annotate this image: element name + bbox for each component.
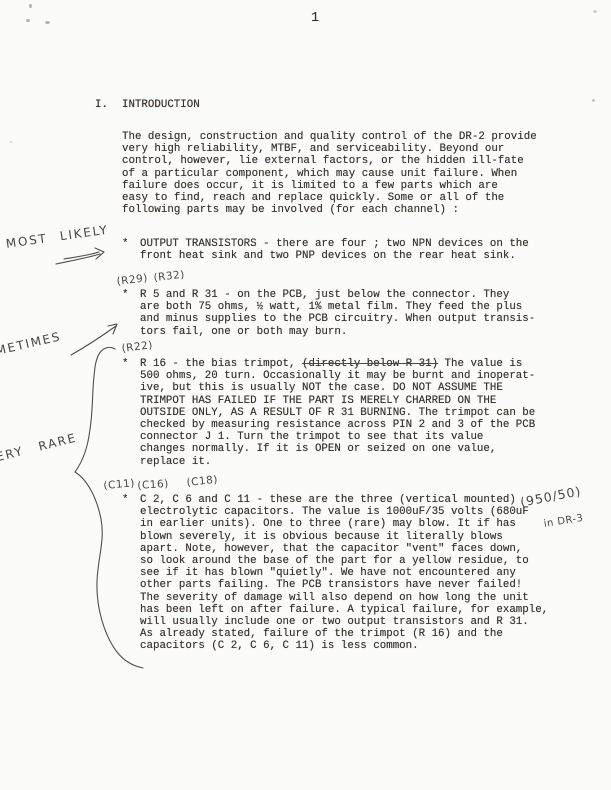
scan-speck — [9, 141, 13, 143]
bullet-text: R 16 - the bias trimpot, (directly below… — [140, 358, 535, 468]
handwritten-c18-label: (C18) — [186, 474, 218, 489]
scanned-document-page: 1 I.INTRODUCTION The design, constructio… — [0, 0, 611, 790]
handwritten-capacitor-alt-note: in DR-3 — [543, 513, 584, 530]
scan-speck — [593, 10, 597, 13]
bullet-text: R 5 and R 31 - on the PCB, just below th… — [140, 289, 535, 338]
intro-paragraph: The design, construction and quality con… — [122, 131, 537, 216]
handwritten-c11-label: (C11) — [103, 477, 135, 492]
struck-text: (directly below R 31) — [302, 358, 438, 370]
scan-speck — [26, 19, 30, 22]
scan-speck — [592, 99, 595, 102]
handwritten-c16-label: (C16) — [137, 478, 169, 492]
scan-speck — [29, 4, 32, 8]
bullet-text: C 2, C 6 and C 11 - these are the three … — [140, 494, 548, 653]
sometimes-arrow — [71, 324, 117, 355]
most-likely-arrow — [56, 248, 104, 264]
page-number: 1 — [311, 11, 319, 26]
bullet-output-transistors: * OUTPUT TRANSISTORS - there are four ; … — [122, 238, 529, 262]
section-numeral: I. — [95, 99, 108, 111]
handwritten-r32-label: (R32) — [153, 269, 185, 284]
scan-speck — [45, 21, 50, 24]
bullet-marker: * — [122, 238, 140, 250]
bullet-r16-trimpot: * R 16 - the bias trimpot, (directly bel… — [122, 358, 535, 468]
handwritten-r22-label: (R22) — [121, 339, 154, 355]
bullet-r5-r31: * R 5 and R 31 - on the PCB, just below … — [122, 289, 535, 338]
handwritten-capacitor-alt-value: (950/50) — [519, 483, 582, 510]
handwritten-most-likely-label: MOST LIKELY — [5, 223, 109, 251]
text-after-strike: The value is — [438, 358, 522, 370]
section-heading: I.INTRODUCTION — [95, 99, 200, 111]
bullet-marker: * — [122, 494, 140, 506]
handwritten-very-rare-label: VERY RARE — [0, 431, 78, 467]
handwritten-r29-label: (R29) — [116, 272, 149, 288]
handwritten-sometimes-label: SOMETIMES — [0, 329, 63, 362]
bullet-marker: * — [122, 358, 140, 370]
bullet-capacitors: * C 2, C 6 and C 11 - these are the thre… — [122, 494, 548, 653]
text-before-strike: R 16 - the bias trimpot, — [140, 358, 302, 370]
bullet-text: OUTPUT TRANSISTORS - there are four ; tw… — [140, 238, 529, 262]
bullet-marker: * — [122, 289, 140, 301]
bullet-text-rest: 500 ohms, 20 turn. Occasionally it may b… — [140, 370, 535, 468]
bullet-line-with-strikethrough: R 16 - the bias trimpot, (directly below… — [140, 358, 535, 370]
section-title: INTRODUCTION — [122, 99, 200, 111]
